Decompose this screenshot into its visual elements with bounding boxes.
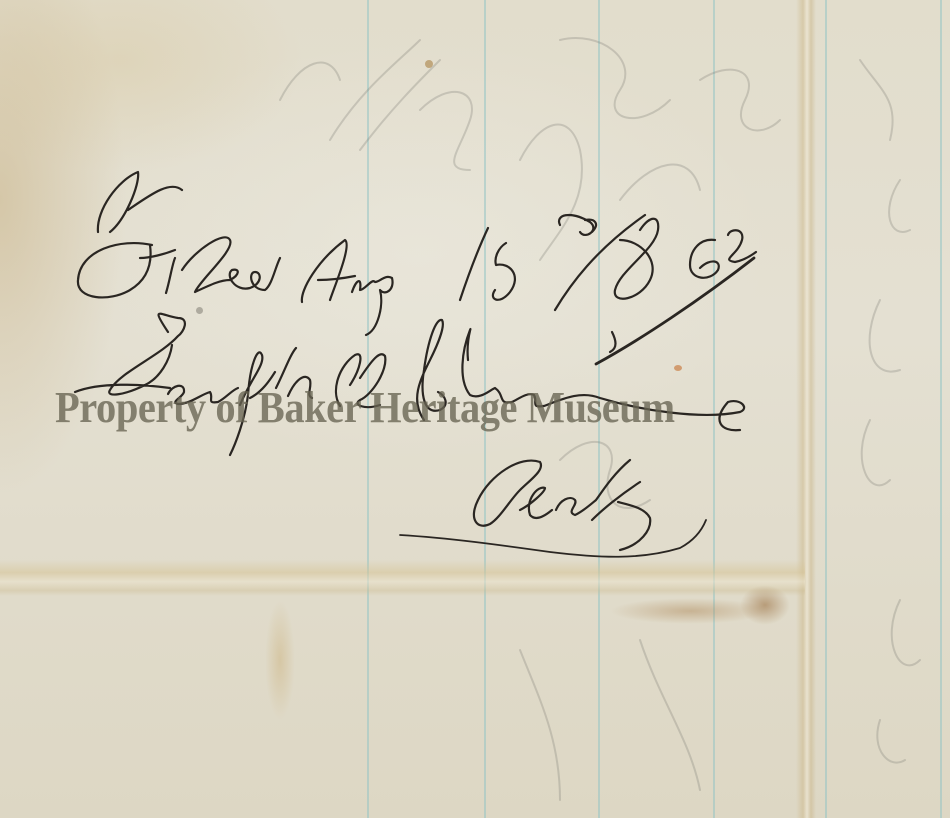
document-page: Property of Baker Heritage Museum Filed … (0, 0, 950, 818)
watermark: Property of Baker Heritage Museum (55, 382, 828, 433)
